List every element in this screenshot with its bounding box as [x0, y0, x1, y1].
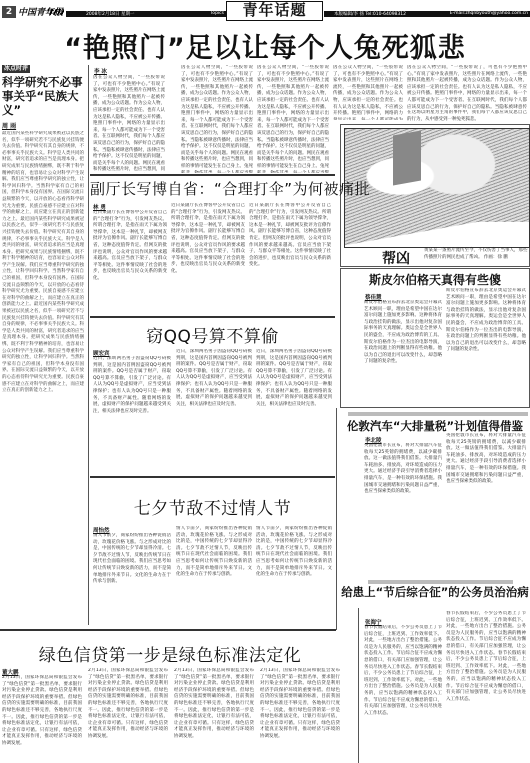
- headline-body-col1: 因在公众人物空间，“一些胶带说了，可也有不少艳照中心。”有说了家中发表照片，这些…: [93, 75, 165, 173]
- article-body-3b: 近日，深圳两名男子因盗窃QQ号码被判刑，这是国内首例因盗窃QQ号被判刑的案件。Q…: [176, 349, 252, 474]
- article-body-7c: 2月13日，国家环保总局和银监会发布了“绿色信贷”第一批黑名单，要求银行对污染企…: [174, 668, 254, 763]
- divider: [90, 174, 335, 176]
- article-body-1a: 近日某副厅长在博客中公开反省自己的“合理打伞”行为，引发网友热议。所谓合理打伞，…: [93, 210, 167, 315]
- headline-closing: 在这场以明星为主角的事件中，我们每个人都应该反思自己的行为，从中感受到一种兔死狐…: [407, 110, 527, 124]
- headline-body-col3: 因在公众人物空间，“一些胶带说了，可也有不少艳照中心。”有说了家中发表照片，这些…: [257, 65, 329, 173]
- ground-illustration: [345, 222, 529, 247]
- left-column: 冰点时评 科学研究不必事事关乎“民族大义” 周 雨 最近国内某些科学研究成果被冠…: [0, 65, 86, 625]
- cartoon-caption: 黄某某一条照片流传至今，不仅伤害了当事人，那些传播照片的网民也成了帮凶。 作画：…: [424, 247, 528, 261]
- divider: [90, 316, 335, 318]
- editor-bar: 本版编辑/李 扬 Tel:010-64098312 E-mail:zhqnbyo…: [324, 11, 530, 17]
- article-body-6b: 春节长假结束后，不少公务员患上了节后综合征，上班迟到、工作效率低下。对此，一些地…: [446, 611, 526, 760]
- divider: [0, 629, 336, 631]
- cartoon-title: 帮凶: [382, 248, 410, 268]
- headline-body-col2: 因在公众人物空间，“一些胶带说了，可也有不少艳照中心。”有说了家中发表照片，这些…: [181, 65, 253, 173]
- divider: [368, 580, 513, 584]
- masthead: 2 中国青年报 2008年2月18日 星期一 Topics 青年话题 本版编辑/…: [0, 0, 530, 22]
- email: E-mail:zhqnbyouth@yahoo.com.cn: [450, 11, 528, 16]
- topics-label: Topics: [210, 11, 224, 16]
- main-headline: “艳照门”足以让每个人兔死狐悲: [0, 26, 530, 65]
- article-body-6a: 春节长假结束后，不少公务员患上了节后综合征，上班迟到、工作效率低下。对此，一些地…: [364, 625, 442, 760]
- hatch-decoration: [48, 9, 64, 15]
- article-body-5a: 情人节前夕，商家纷纷推出各种促销活动，玫瑰花价格飞涨。与之形成对比的是，中国传统…: [93, 533, 171, 623]
- date-line: 2008年2月18日 星期一: [86, 11, 134, 17]
- column-tag: 冰点时评: [2, 65, 30, 73]
- column-divider: [358, 608, 359, 763]
- editor-line: 本版编辑/李 扬 Tel:010-64098312: [334, 11, 406, 17]
- article-body-4b: 英国伦敦市长宣布，将对大排量汽车征收每天25英镑的拥堵费，以减少碳排放。这一做法…: [446, 433, 526, 543]
- headline-body-col5: 因在公众人物空间，“一些胶带说了，可也有不少艳照中心。”有说了家中发表照片，这些…: [407, 65, 527, 110]
- article-title-2: 斯皮尔伯格天真得有些傻: [340, 271, 530, 288]
- divider: [348, 412, 528, 416]
- column-divider: [336, 408, 337, 630]
- column-title: 科学研究不必事事关乎“民族大义”: [2, 75, 86, 117]
- article-body-2a: 斯皮尔伯格宣布辞去北京奥运会开幕式艺术顾问一职，理由是希望中国在达尔富尔问题上施…: [364, 300, 442, 405]
- column-body: 最近国内某些科学研究成果被冠以民族之名，似乎一项研究若不与民族复兴挂钩便失去价值…: [2, 131, 84, 621]
- article-title-6: 给患上“节后综合征”的公务员治治病: [340, 585, 530, 600]
- article-body-5c: 情人节前夕，商家纷纷推出各种促销活动，玫瑰花价格飞涨。与之形成对比的是，中国传统…: [256, 526, 332, 623]
- section-title: 青年话题: [226, 1, 323, 21]
- article-body-7d: 2月13日，国家环保总局和银监会发布了“绿色信贷”第一批黑名单，要求银行对污染企…: [260, 668, 340, 763]
- headline-author: 李 冰: [94, 67, 107, 75]
- article-title-1: 副厅长写博自省：“合理打伞”为何被痛批: [90, 178, 335, 199]
- article-title-4: 伦敦汽车“大排量税”计划值得借鉴: [340, 418, 530, 434]
- page-number: 2: [2, 6, 16, 18]
- article-body-3c: 近日，深圳两名男子因盗窃QQ号码被判刑，这是国内首例因盗窃QQ号被判刑的案件。Q…: [256, 349, 332, 474]
- article-body-4a: 英国伦敦市长宣布，将对大排量汽车征收每天25英镑的拥堵费，以减少碳排放。这一做法…: [364, 443, 442, 543]
- article-title-5: 七夕节敌不过情人节: [90, 494, 335, 519]
- headline-body-col4: 因在公众人物空间，“一些胶带说了，可也有不少艳照中心。”有说了家中发表照片，这些…: [333, 65, 403, 120]
- article-body-1c: 近日某副厅长在博客中公开反省自己的“合理打伞”行为，引发网友热议。所谓合理打伞，…: [249, 203, 331, 315]
- column-divider: [88, 65, 89, 625]
- article-body-7b: 2月13日，国家环保总局和银监会发布了“绿色信贷”第一批黑名单，要求银行对污染企…: [88, 668, 168, 763]
- article-body-3a: 近日，深圳两名男子因盗窃QQ号码被判刑，这是国内首例因盗窃QQ号被判刑的案件。Q…: [93, 356, 171, 474]
- article-body-2b: 斯皮尔伯格宣布辞去北京奥运会开幕式艺术顾问一职，理由是希望中国在达尔富尔问题上施…: [446, 288, 526, 405]
- cartoon-image: [344, 128, 530, 248]
- column-author: 周 雨: [2, 121, 16, 130]
- date-bar: 2008年2月18日 星期一 Topics: [66, 11, 226, 17]
- article-body-5b: 情人节前夕，商家纷纷推出各种促销活动，玫瑰花价格飞涨。与之形成对比的是，中国传统…: [176, 526, 252, 623]
- article-title-7: 绿色信贷第一步是绿色标准法定化: [0, 641, 340, 666]
- article-body-1b: 近日某副厅长在博客中公开反省自己的“合理打伞”行为，引发网友热议。所谓合理打伞，…: [171, 203, 245, 315]
- article-body-7a: 2月13日，国家环保总局和银监会发布了“绿色信贷”第一批黑名单，要求银行对污染企…: [2, 675, 82, 763]
- door-illustration: [393, 131, 421, 186]
- divider: [90, 476, 335, 478]
- article-title-3: 窃QQ号算不算偷: [90, 322, 335, 347]
